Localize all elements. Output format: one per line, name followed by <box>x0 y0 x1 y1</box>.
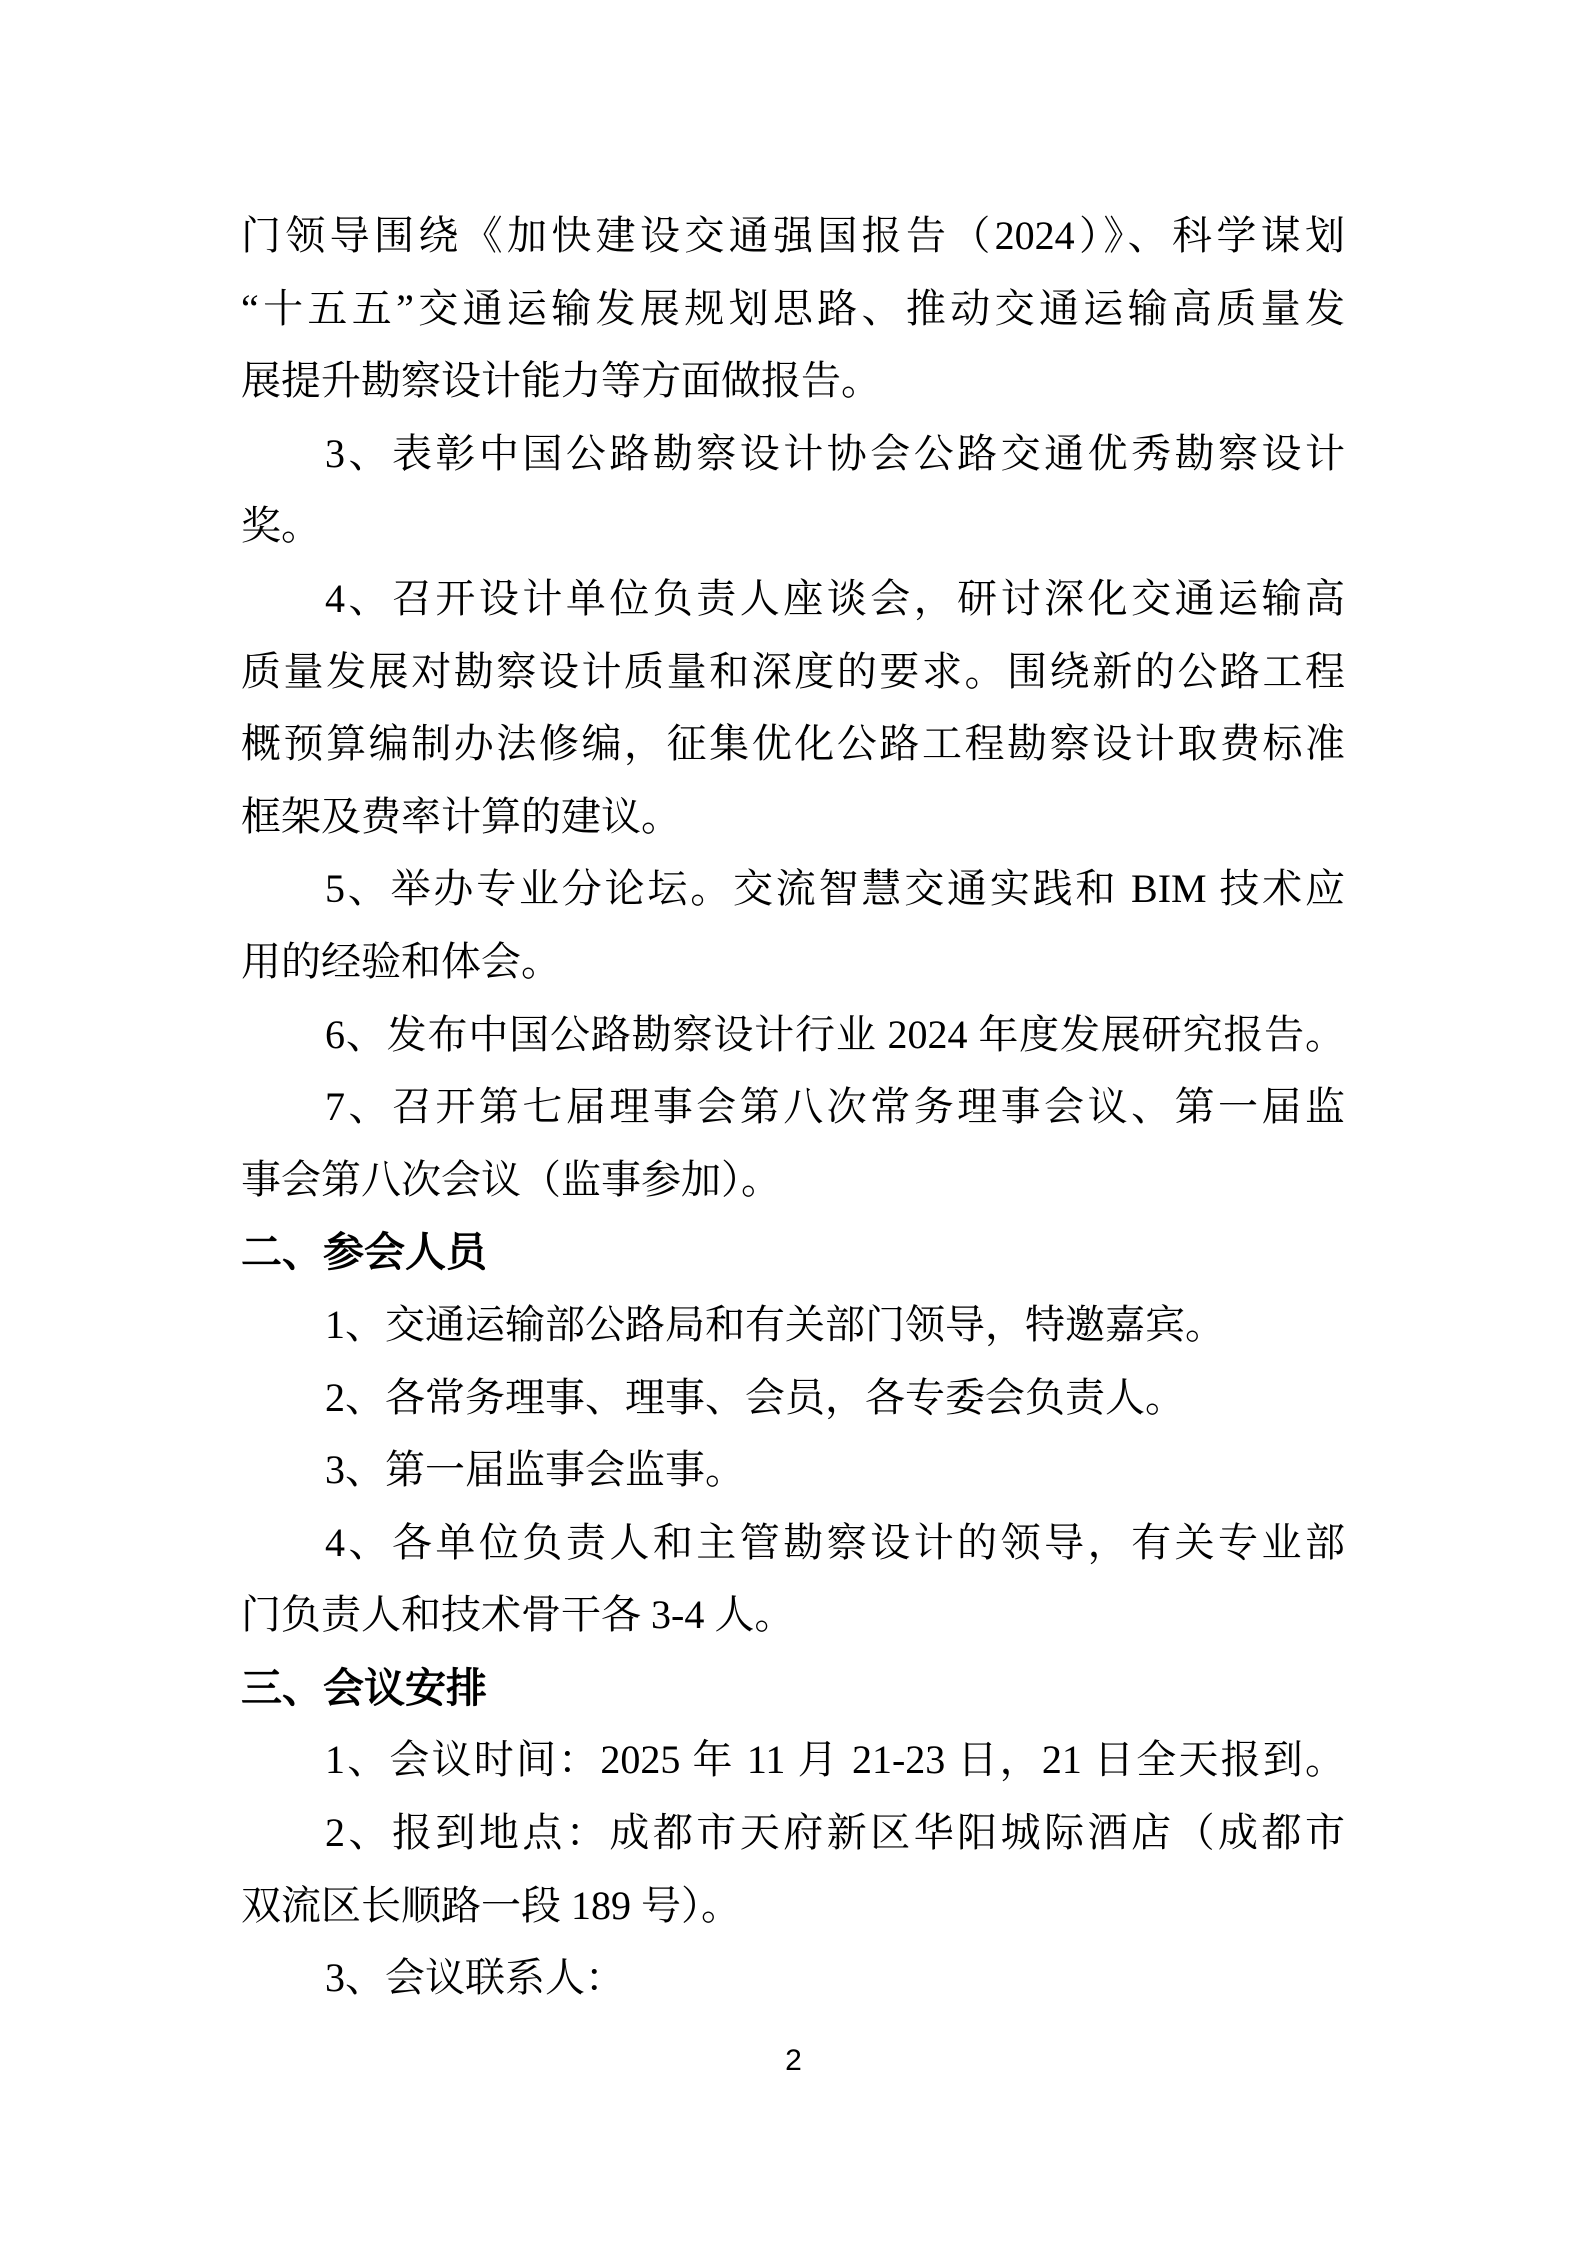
text-line: 3、第一届监事会监事。 <box>241 1434 1345 1507</box>
text-line: 6、发布中国公路勘察设计行业 2024 年度发展研究报告。 <box>241 999 1345 1072</box>
text-line: 双流区长顺路一段 189 号）。 <box>241 1870 1345 1943</box>
document-page: 门领导围绕《加快建设交通强国报告（2024）》、科学谋划“十五五”交通运输发展规… <box>0 0 1587 2245</box>
text-line: 奖。 <box>241 490 1345 563</box>
section-heading: 三、会议安排 <box>241 1652 1345 1725</box>
page-number: 2 <box>785 2044 802 2077</box>
text-line: 2、报到地点：成都市天府新区华阳城际酒店（成都市 <box>241 1797 1345 1870</box>
text-line: 框架及费率计算的建议。 <box>241 781 1345 854</box>
text-line: “十五五”交通运输发展规划思路、推动交通运输高质量发 <box>241 273 1345 346</box>
text-line: 门领导围绕《加快建设交通强国报告（2024）》、科学谋划 <box>241 200 1345 273</box>
text-line: 概预算编制办法修编，征集优化公路工程勘察设计取费标准 <box>241 708 1345 781</box>
text-line: 5、举办专业分论坛。交流智慧交通实践和 BIM 技术应 <box>241 853 1345 926</box>
text-line: 1、会议时间：2025 年 11 月 21-23 日，21 日全天报到。 <box>241 1724 1345 1797</box>
text-line: 用的经验和体会。 <box>241 926 1345 999</box>
text-line: 质量发展对勘察设计质量和深度的要求。围绕新的公路工程 <box>241 636 1345 709</box>
text-line: 4、召开设计单位负责人座谈会，研讨深化交通运输高 <box>241 563 1345 636</box>
page-footer: 2 <box>0 2044 1587 2078</box>
text-line: 4、各单位负责人和主管勘察设计的领导，有关专业部 <box>241 1507 1345 1580</box>
text-line: 1、交通运输部公路局和有关部门领导，特邀嘉宾。 <box>241 1289 1345 1362</box>
text-line: 7、召开第七届理事会第八次常务理事会议、第一届监 <box>241 1071 1345 1144</box>
text-line: 展提升勘察设计能力等方面做报告。 <box>241 345 1345 418</box>
text-line: 3、表彰中国公路勘察设计协会公路交通优秀勘察设计 <box>241 418 1345 491</box>
section-heading: 二、参会人员 <box>241 1216 1345 1289</box>
text-line: 3、会议联系人： <box>241 1942 1345 2015</box>
text-line: 2、各常务理事、理事、会员，各专委会负责人。 <box>241 1362 1345 1435</box>
document-body: 门领导围绕《加快建设交通强国报告（2024）》、科学谋划“十五五”交通运输发展规… <box>241 200 1345 2015</box>
text-line: 门负责人和技术骨干各 3-4 人。 <box>241 1579 1345 1652</box>
text-line: 事会第八次会议（监事参加）。 <box>241 1144 1345 1217</box>
